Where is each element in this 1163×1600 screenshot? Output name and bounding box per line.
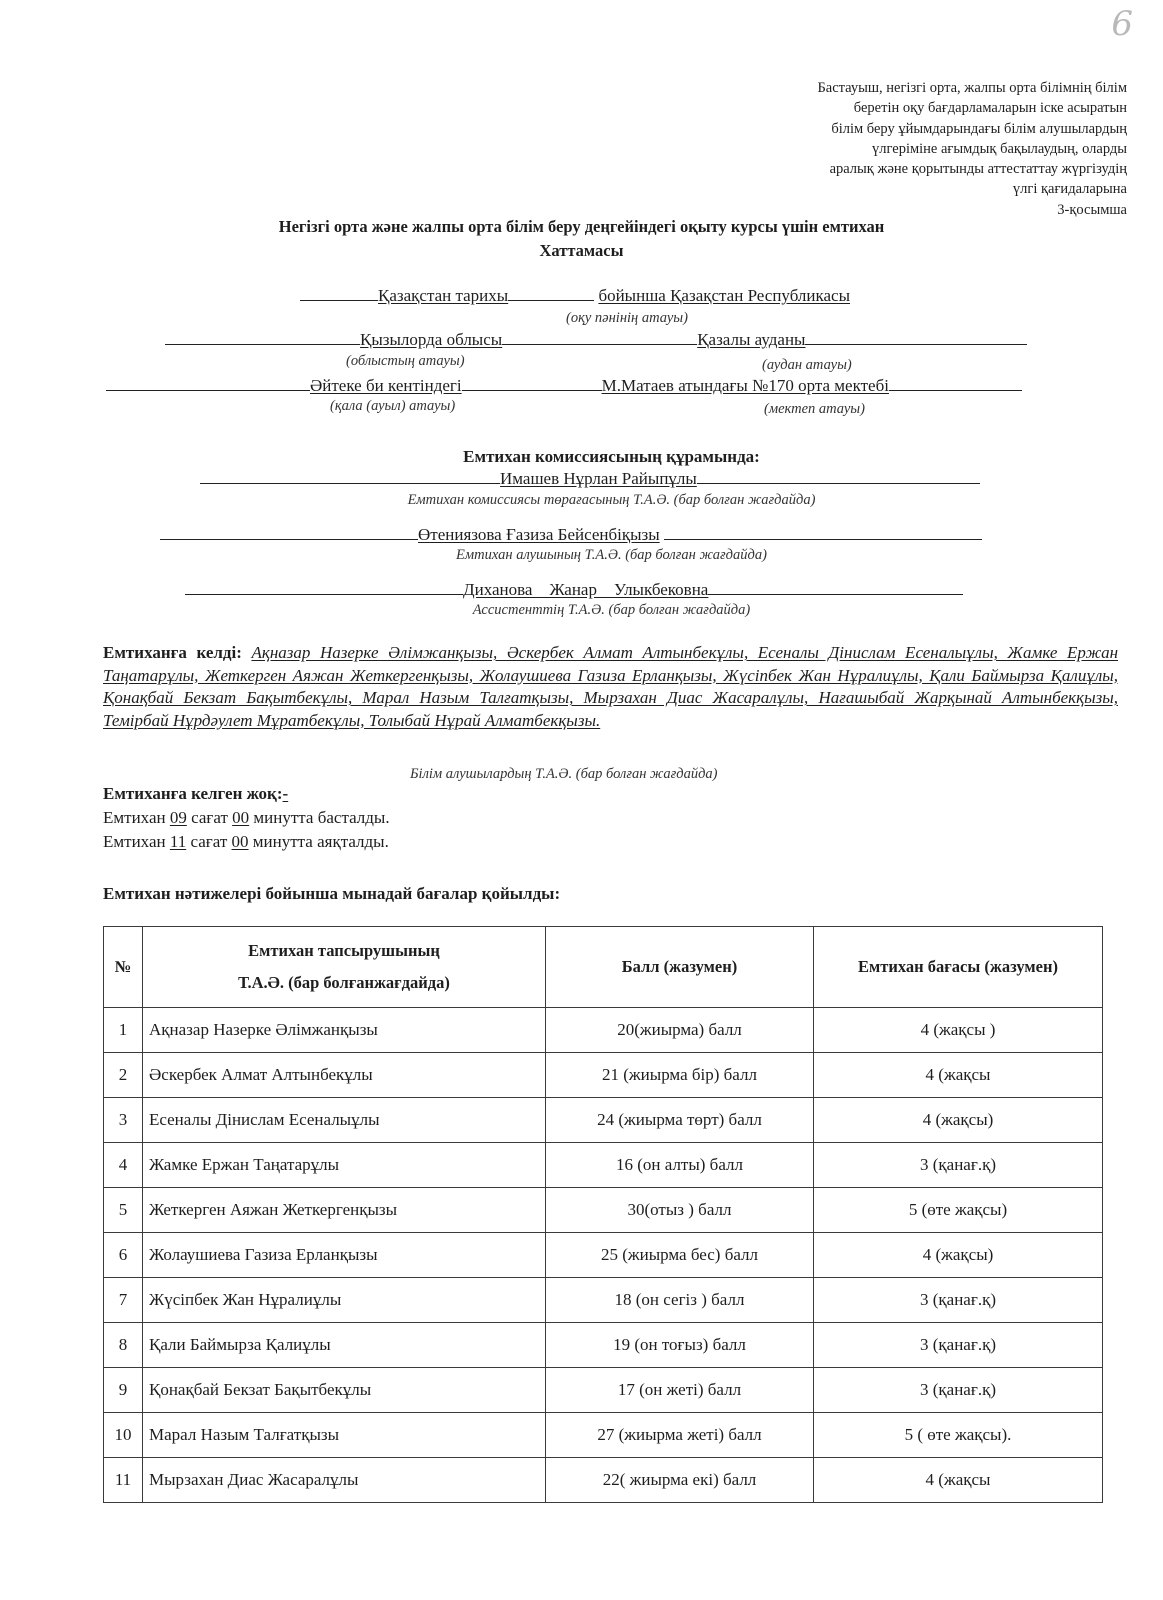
header-name-line-1: Емтихан тапсырушының (149, 935, 539, 967)
exam-start-line: Емтихан 09 сағат 00 минутта басталды. (103, 808, 390, 828)
region-caption: (облыстың атауы) (346, 353, 465, 370)
header-name: Емтихан тапсырушының Т.А.Ә. (бар болғанж… (143, 927, 546, 1008)
title-line-1: Негізгі орта және жалпы орта білім беру … (0, 215, 1163, 239)
table-row: 8Қали Баймырза Қалиұлы19 (он тоғыз) балл… (104, 1323, 1103, 1368)
row-grade: 3 (қанағ.қ) (814, 1368, 1103, 1413)
row-name: Қонақбай Бекзат Бақытбекұлы (143, 1368, 546, 1413)
examiner-name: Өтениязова Ғазиза Бейсенбіқызы (418, 525, 660, 544)
row-score: 24 (жиырма төрт) балл (546, 1098, 814, 1143)
row-grade: 4 (жақсы ) (814, 1008, 1103, 1053)
table-row: 1Ақназар Назерке Әлімжанқызы20(жиырма) б… (104, 1008, 1103, 1053)
page-number: 6 (1111, 4, 1133, 44)
row-name: Есеналы Дінислам Есеналыұлы (143, 1098, 546, 1143)
row-name: Әскербек Алмат Алтынбекұлы (143, 1053, 546, 1098)
row-score: 21 (жиырма бір) балл (546, 1053, 814, 1098)
table-row: 2Әскербек Алмат Алтынбекұлы21 (жиырма бі… (104, 1053, 1103, 1098)
start-minute: 00 (232, 808, 249, 827)
row-score: 25 (жиырма бес) балл (546, 1233, 814, 1278)
row-grade: 3 (қанағ.қ) (814, 1143, 1103, 1188)
table-header-row: № Емтихан тапсырушының Т.А.Ә. (бар болға… (104, 927, 1103, 1008)
district-value: Қазалы ауданы (697, 330, 805, 349)
table-row: 5Жеткерген Аяжан Жеткергенқызы30(отыз ) … (104, 1188, 1103, 1233)
attended-caption: Білім алушылардың Т.А.Ә. (бар болған жағ… (410, 766, 718, 783)
row-num: 4 (104, 1143, 143, 1188)
chair-field: Имашев Нұрлан Райыпұлы (200, 469, 980, 489)
row-grade: 5 ( өте жақсы). (814, 1413, 1103, 1458)
row-grade: 4 (жақсы (814, 1458, 1103, 1503)
examiner-field: Өтениязова Ғазиза Бейсенбіқызы (160, 525, 982, 545)
row-num: 8 (104, 1323, 143, 1368)
row-score: 22( жиырма екі) балл (546, 1458, 814, 1503)
start-suffix: минутта басталды. (253, 808, 389, 827)
appendix-line: үлгі қағидаларына (707, 179, 1127, 199)
appendix-line: Бастауыш, негізгі орта, жалпы орта білім… (707, 78, 1127, 98)
attended-names: Ақназар Назерке Әлімжанқызы, Әскербек Ал… (103, 643, 1118, 730)
row-num: 2 (104, 1053, 143, 1098)
settlement-caption: (қала (ауыл) атауы) (330, 398, 455, 415)
row-grade: 3 (қанағ.қ) (814, 1323, 1103, 1368)
row-score: 30(отыз ) балл (546, 1188, 814, 1233)
row-grade: 5 (өте жақсы) (814, 1188, 1103, 1233)
exam-end-line: Емтихан 11 сағат 00 минутта аяқталды. (103, 832, 389, 852)
end-hour: 11 (170, 832, 186, 851)
row-num: 5 (104, 1188, 143, 1233)
region-value: Қызылорда облысы (360, 330, 502, 349)
end-minute: 00 (232, 832, 249, 851)
header-name-line-2: Т.А.Ә. (бар болғанжағдайда) (149, 967, 539, 999)
results-table: № Емтихан тапсырушының Т.А.Ә. (бар болға… (103, 926, 1103, 1503)
title-line-2: Хаттамасы (0, 239, 1163, 263)
assistant-name: Диханова Жанар Улыкбековна (463, 580, 708, 599)
start-prefix: Емтихан (103, 808, 166, 827)
table-row: 6Жолаушиева Газиза Ерланқызы25 (жиырма б… (104, 1233, 1103, 1278)
settlement-value: Әйтеке би кентіндегі (310, 376, 462, 395)
row-name: Мырзахан Диас Жасаралұлы (143, 1458, 546, 1503)
row-name: Жамке Ержан Таңатарұлы (143, 1143, 546, 1188)
appendix-note: Бастауыш, негізгі орта, жалпы орта білім… (707, 78, 1127, 220)
end-prefix: Емтихан (103, 832, 166, 851)
examiner-caption: Емтихан алушының Т.А.Ә. (бар болған жағд… (0, 547, 1163, 564)
document-title: Негізгі орта және жалпы орта білім беру … (0, 215, 1163, 263)
subject-value: Қазақстан тарихы (378, 286, 508, 305)
start-mid: сағат (191, 808, 228, 827)
table-row: 10Марал Назым Талғатқызы27 (жиырма жеті)… (104, 1413, 1103, 1458)
row-score: 16 (он алты) балл (546, 1143, 814, 1188)
row-name: Қали Баймырза Қалиұлы (143, 1323, 546, 1368)
row-grade: 4 (жақсы) (814, 1233, 1103, 1278)
row-num: 1 (104, 1008, 143, 1053)
row-num: 9 (104, 1368, 143, 1413)
table-row: 11Мырзахан Диас Жасаралұлы22( жиырма екі… (104, 1458, 1103, 1503)
row-score: 19 (он тоғыз) балл (546, 1323, 814, 1368)
absent-value: - (283, 784, 289, 803)
table-row: 9Қонақбай Бекзат Бақытбекұлы17 (он жеті)… (104, 1368, 1103, 1413)
row-grade: 4 (жақсы) (814, 1098, 1103, 1143)
row-num: 11 (104, 1458, 143, 1503)
header-score: Балл (жазумен) (546, 927, 814, 1008)
absent-label: Емтиханға келген жоқ: (103, 784, 283, 803)
school-caption: (мектеп атауы) (764, 401, 865, 418)
commission-heading: Емтихан комиссиясының құрамында: (0, 447, 1163, 467)
start-hour: 09 (170, 808, 187, 827)
row-num: 7 (104, 1278, 143, 1323)
row-num: 6 (104, 1233, 143, 1278)
results-heading: Емтихан нәтижелері бойынша мынадай бағал… (103, 884, 560, 904)
region-field: Қызылорда облысыҚазалы ауданы (165, 330, 1027, 350)
attended-paragraph: Емтиханға келді: Ақназар Назерке Әлімжан… (103, 642, 1118, 732)
table-row: 3Есеналы Дінислам Есеналыұлы24 (жиырма т… (104, 1098, 1103, 1143)
attended-label: Емтиханға келді: (103, 643, 242, 662)
subject-caption: (оқу пәнінің атауы) (566, 310, 688, 327)
chair-caption: Емтихан комиссиясы төрағасының Т.А.Ә. (б… (0, 492, 1163, 509)
subject-suffix: бойынша Қазақстан Республикасы (598, 286, 850, 305)
settlement-field: Әйтеке би кентіндегіМ.Матаев атындағы №1… (106, 376, 1022, 396)
header-grade: Емтихан бағасы (жазумен) (814, 927, 1103, 1008)
appendix-line: беретін оқу бағдарламаларын іске асыраты… (707, 98, 1127, 118)
row-num: 10 (104, 1413, 143, 1458)
appendix-line: аралық және қорытынды аттестаттау жүргіз… (707, 159, 1127, 179)
row-score: 20(жиырма) балл (546, 1008, 814, 1053)
appendix-line: білім беру ұйымдарындағы білім алушылард… (707, 119, 1127, 139)
school-value: М.Матаев атындағы №170 орта мектебі (602, 376, 889, 395)
row-grade: 4 (жақсы (814, 1053, 1103, 1098)
row-name: Жүсіпбек Жан Нұралиұлы (143, 1278, 546, 1323)
row-score: 17 (он жеті) балл (546, 1368, 814, 1413)
row-grade: 3 (қанағ.қ) (814, 1278, 1103, 1323)
district-caption: (аудан атауы) (762, 357, 852, 374)
absent-line: Емтиханға келген жоқ:- (103, 784, 288, 804)
row-num: 3 (104, 1098, 143, 1143)
subject-field: Қазақстан тарихы бойынша Қазақстан Респу… (300, 286, 850, 306)
end-suffix: минутта аяқталды. (253, 832, 389, 851)
table-row: 4Жамке Ержан Таңатарұлы16 (он алты) балл… (104, 1143, 1103, 1188)
row-name: Жеткерген Аяжан Жеткергенқызы (143, 1188, 546, 1233)
chair-name: Имашев Нұрлан Райыпұлы (500, 469, 697, 488)
row-score: 27 (жиырма жеті) балл (546, 1413, 814, 1458)
header-num: № (104, 927, 143, 1008)
row-name: Жолаушиева Газиза Ерланқызы (143, 1233, 546, 1278)
end-mid: сағат (190, 832, 227, 851)
row-name: Марал Назым Талғатқызы (143, 1413, 546, 1458)
appendix-line: үлгеріміне ағымдық бақылаудың, оларды (707, 139, 1127, 159)
assistant-field: Диханова Жанар Улыкбековна (185, 580, 963, 600)
table-row: 7Жүсіпбек Жан Нұралиұлы18 (он сегіз ) ба… (104, 1278, 1103, 1323)
assistant-caption: Ассистенттің Т.А.Ә. (бар болған жағдайда… (0, 602, 1163, 619)
row-name: Ақназар Назерке Әлімжанқызы (143, 1008, 546, 1053)
row-score: 18 (он сегіз ) балл (546, 1278, 814, 1323)
